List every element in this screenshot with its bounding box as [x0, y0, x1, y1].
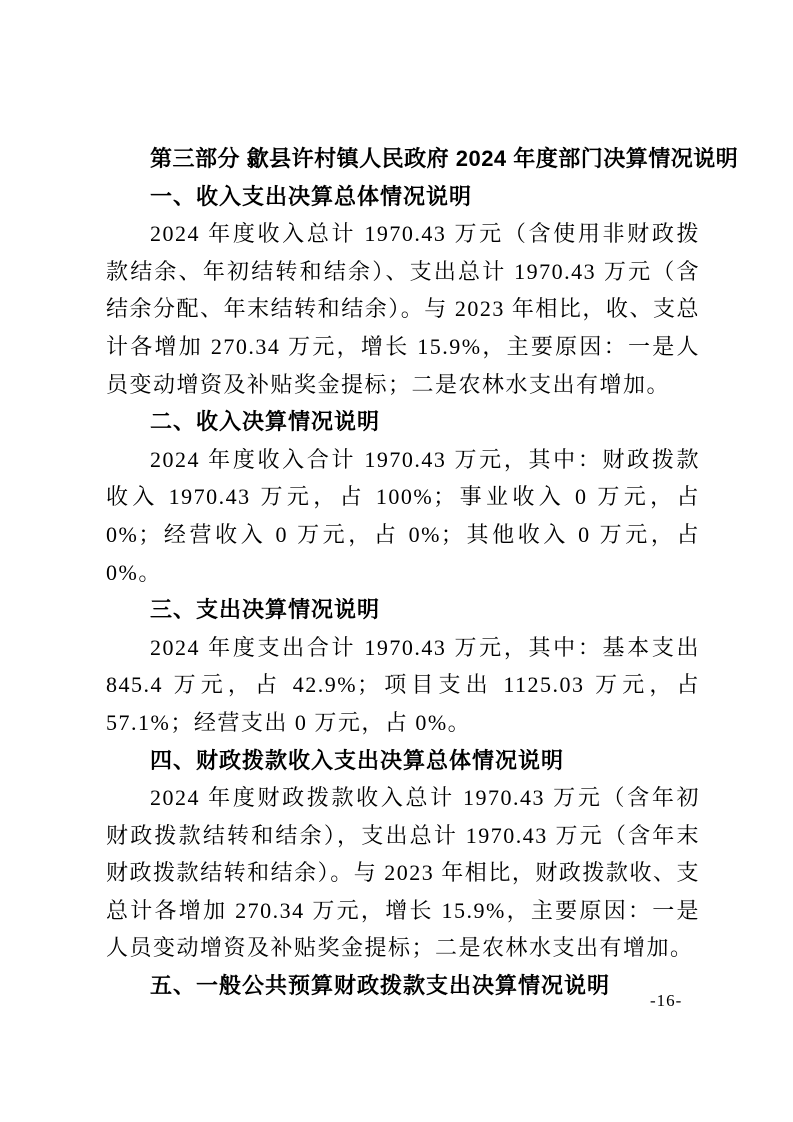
section-heading-3: 三、支出决算情况说明	[106, 591, 700, 629]
section-paragraph-1: 2024 年度收入总计 1970.43 万元（含使用非财政拨款结余、年初结转和结…	[106, 215, 700, 403]
document-content: 第三部分 歙县许村镇人民政府 2024 年度部门决算情况说明 一、收入支出决算总…	[106, 140, 700, 1005]
section-paragraph-3: 2024 年度支出合计 1970.43 万元，其中：基本支出 845.4 万元，…	[106, 629, 700, 742]
page-number: -16-	[650, 991, 682, 1011]
section-paragraph-4: 2024 年度财政拨款收入总计 1970.43 万元（含年初财政拨款结转和结余）…	[106, 779, 700, 967]
document-title: 第三部分 歙县许村镇人民政府 2024 年度部门决算情况说明	[106, 140, 700, 178]
section-heading-4: 四、财政拨款收入支出决算总体情况说明	[106, 742, 700, 780]
document-page: 第三部分 歙县许村镇人民政府 2024 年度部门决算情况说明 一、收入支出决算总…	[0, 0, 793, 1122]
section-heading-2: 二、收入决算情况说明	[106, 403, 700, 441]
section-paragraph-2: 2024 年度收入合计 1970.43 万元，其中：财政拨款收入 1970.43…	[106, 441, 700, 591]
section-heading-5: 五、一般公共预算财政拨款支出决算情况说明	[106, 967, 700, 1005]
section-heading-1: 一、收入支出决算总体情况说明	[106, 178, 700, 216]
